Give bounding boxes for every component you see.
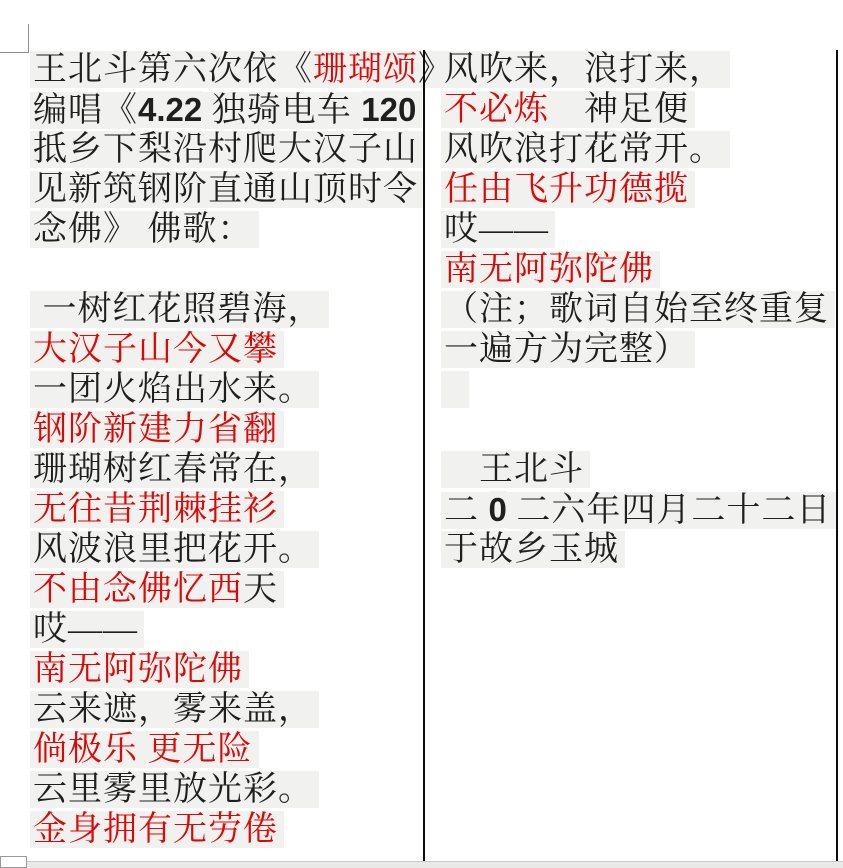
- text-segment: 神足便: [549, 91, 695, 128]
- text-line: [441, 410, 837, 450]
- text-segment: [441, 371, 469, 408]
- text-line: 二 0 二六年四月二十二日: [441, 490, 837, 530]
- text-segment: 风吹浪打花常开。: [441, 131, 730, 168]
- document-page: 王北斗第六次依《珊瑚颂》编唱《4.22 独骑电车 120抵乡下梨沿村爬大汉子山见…: [0, 0, 843, 868]
- text-segment: 风波浪里把花开。: [30, 531, 319, 568]
- text-line: 不由念佛忆西天: [30, 570, 424, 610]
- text-segment: 王北斗: [441, 451, 590, 488]
- text-segment: 120: [361, 91, 422, 128]
- text-line: 一团火焰出水来。: [30, 370, 424, 410]
- page-bottom-edge-bar: [0, 861, 843, 868]
- text-line: [30, 250, 424, 290]
- text-line: 见新筑钢阶直通山顶时令: [30, 170, 424, 210]
- left-text-column[interactable]: 王北斗第六次依《珊瑚颂》编唱《4.22 独骑电车 120抵乡下梨沿村爬大汉子山见…: [30, 50, 424, 850]
- red-text-segment: 南无阿弥陀佛: [441, 251, 660, 288]
- text-segment: 于故乡玉城: [441, 531, 625, 568]
- text-segment: 哎——: [441, 211, 555, 248]
- right-text-column[interactable]: 风吹来，浪打来，不必炼 神足便风吹浪打花常开。任由飞升功德揽哎——南无阿弥陀佛（…: [441, 50, 837, 570]
- margin-corner-mark-vertical: [28, 24, 29, 53]
- text-line: 念佛》 佛歌：: [30, 210, 424, 250]
- red-text-segment: 任由飞升功德揽: [441, 171, 695, 208]
- column-divider-line: [423, 50, 425, 861]
- text-line: 钢阶新建力省翻: [30, 410, 424, 450]
- text-segment: 4.22: [138, 91, 202, 128]
- text-segment: （注；歌词自始至终重复: [441, 291, 835, 328]
- text-line: 不必炼 神足便: [441, 90, 837, 130]
- text-segment: 一树红花照碧海，: [30, 291, 329, 328]
- text-segment: 王北斗第六次依《: [30, 51, 313, 88]
- text-line: 任由飞升功德揽: [441, 170, 837, 210]
- text-line: 风吹浪打花常开。: [441, 130, 837, 170]
- red-text-segment: 不必炼: [441, 91, 549, 128]
- text-line: 王北斗: [441, 450, 837, 490]
- red-text-segment: 钢阶新建力省翻: [30, 411, 284, 448]
- margin-corner-mark-horizontal: [0, 52, 29, 53]
- page-right-edge-line: [836, 50, 838, 861]
- text-line: [441, 370, 837, 410]
- red-text-segment: 无往昔荆棘挂衫: [30, 491, 284, 528]
- text-line: 抵乡下梨沿村爬大汉子山: [30, 130, 424, 170]
- text-line: 南无阿弥陀佛: [30, 650, 424, 690]
- text-line: 编唱《4.22 独骑电车 120: [30, 90, 424, 130]
- text-line: 云里雾里放光彩。: [30, 770, 424, 810]
- red-text-segment: 倘极乐 更无险: [30, 731, 259, 768]
- text-line: 倘极乐 更无险: [30, 730, 424, 770]
- text-line: 一树红花照碧海，: [30, 290, 424, 330]
- text-segment: 二: [441, 492, 489, 529]
- red-text-segment: 南无阿弥陀佛: [30, 651, 249, 688]
- text-line: （注；歌词自始至终重复: [441, 290, 837, 330]
- text-line: 哎——: [441, 210, 837, 250]
- text-segment: 二六年四月二十二日: [507, 492, 838, 529]
- text-segment: 一团火焰出水来。: [30, 371, 319, 408]
- bottom-left-page-box: [0, 856, 27, 868]
- text-line: 于故乡玉城: [441, 530, 837, 570]
- text-line: 南无阿弥陀佛: [441, 250, 837, 290]
- text-line: 无往昔荆棘挂衫: [30, 490, 424, 530]
- text-line: 云来遮，雾来盖，: [30, 690, 424, 730]
- text-segment: 编唱《: [30, 92, 138, 129]
- text-segment: 珊瑚树红春常在，: [30, 451, 319, 488]
- text-line: 大汉子山今又攀: [30, 330, 424, 370]
- text-line: 珊瑚树红春常在，: [30, 450, 424, 490]
- text-segment: 哎——: [30, 611, 144, 648]
- text-segment: 一遍方为完整）: [441, 331, 695, 368]
- text-line: 一遍方为完整）: [441, 330, 837, 370]
- text-segment: 天: [243, 571, 284, 608]
- text-segment: 云来遮，雾来盖，: [30, 691, 319, 728]
- text-line: 哎——: [30, 610, 424, 650]
- text-line: 金身拥有无劳倦: [30, 810, 424, 850]
- text-segment: 抵乡下梨沿村爬大汉子山: [30, 131, 424, 168]
- text-line: 风波浪里把花开。: [30, 530, 424, 570]
- text-segment: 0: [489, 491, 507, 528]
- text-segment: 念佛》 佛歌：: [30, 211, 259, 248]
- text-segment: 独骑电车: [202, 92, 361, 129]
- red-text-segment: 金身拥有无劳倦: [30, 811, 284, 848]
- text-segment: 见新筑钢阶直通山顶时令: [30, 171, 424, 208]
- text-line: 王北斗第六次依《珊瑚颂》: [30, 50, 424, 90]
- red-text-segment: 珊瑚颂: [313, 51, 418, 88]
- red-text-segment: 不由念佛忆西: [30, 571, 243, 608]
- text-segment: 云里雾里放光彩。: [30, 771, 319, 808]
- text-segment: 风吹来，浪打来，: [441, 51, 730, 88]
- red-text-segment: 大汉子山今又攀: [30, 331, 284, 368]
- text-line: 风吹来，浪打来，: [441, 50, 837, 90]
